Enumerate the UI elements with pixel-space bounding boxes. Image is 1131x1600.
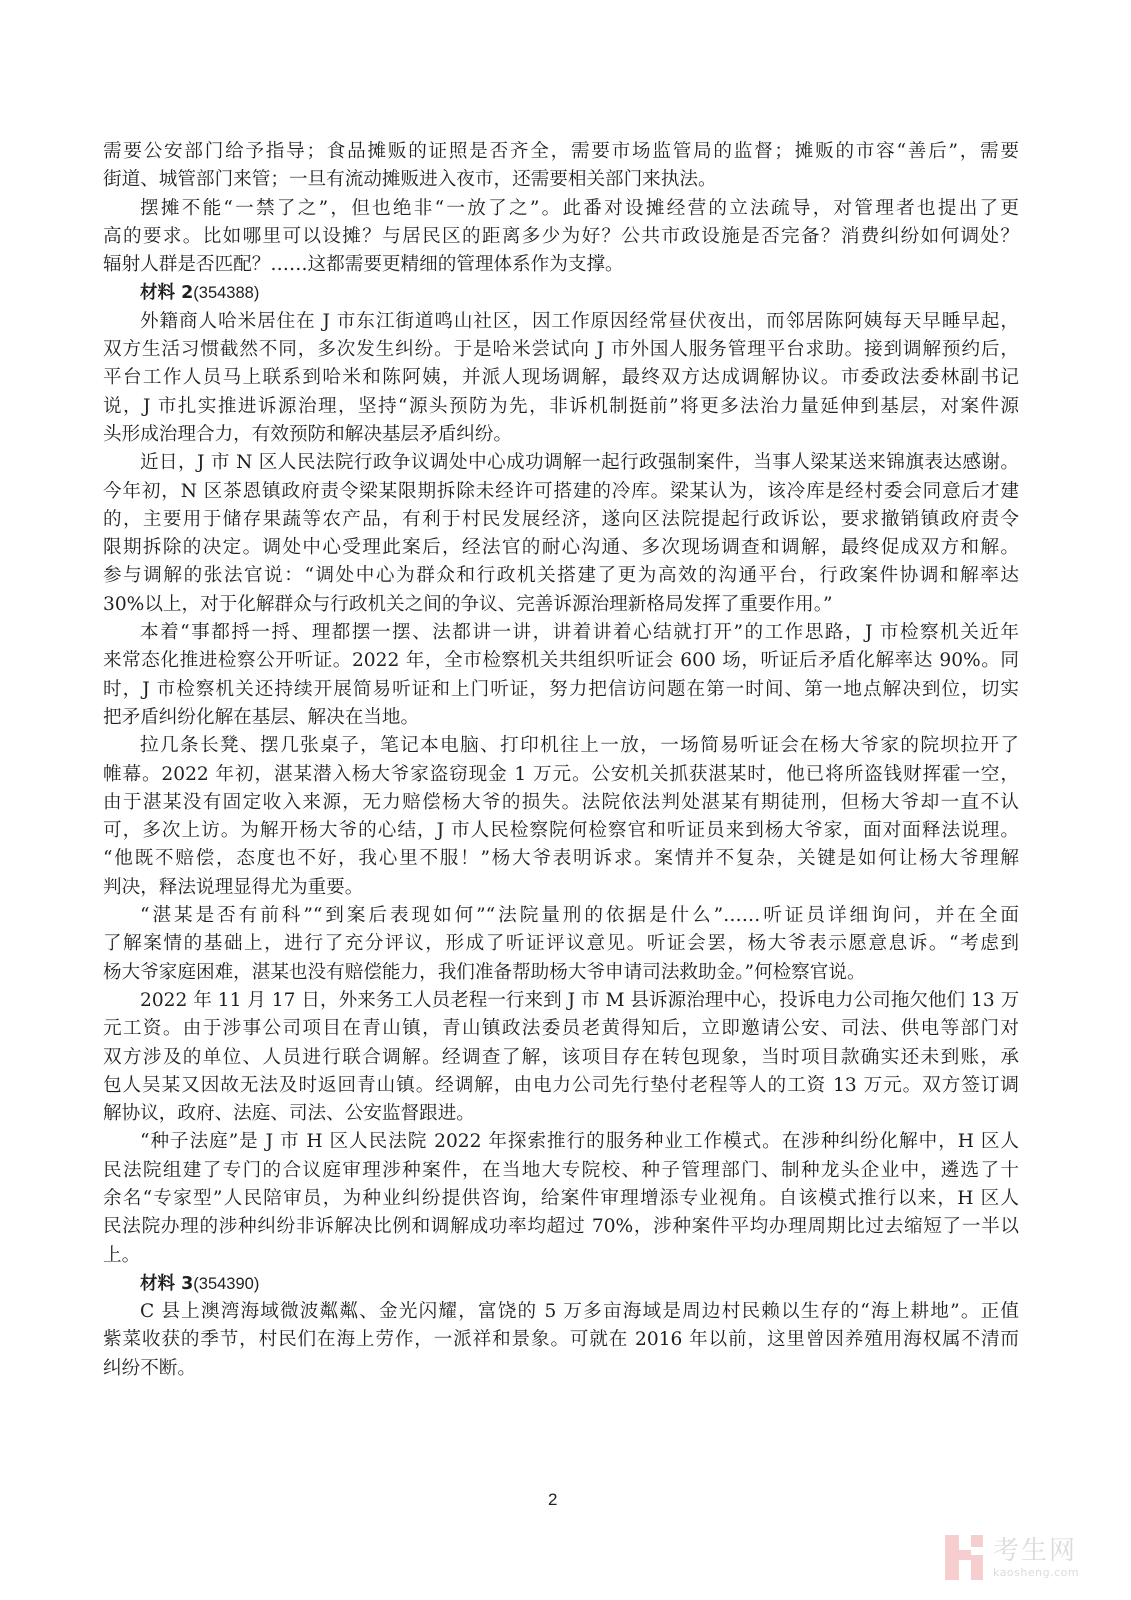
- paragraph-line: C 县上澳湾海域微波粼粼、金光闪耀，富饶的 5 万多亩海域是周边村民赖以生存的“…: [103, 1298, 1019, 1326]
- material-heading-label: 材料 2: [140, 283, 193, 303]
- document-body: 需要公安部门给予指导；食品摊贩的证照是否齐全，需要市场监管局的监督；摊贩的市容“…: [103, 138, 1019, 1383]
- paragraph: 摆摊不能“一禁了之”，但也绝非“一放了之”。此番对设摊经营的立法疏导，对管理者也…: [103, 195, 1019, 280]
- paragraph-line: 2022 年 11 月 17 日，外来务工人员老程一行来到 J 市 M 县诉源治…: [103, 987, 1019, 1015]
- paragraph-line: 近日，J 市 N 区人民法院行政争议调处中心成功调解一起行政强制案件，当事人梁某…: [103, 449, 1019, 477]
- paragraph-line: 双方涉及的单位、人员进行联合调解。经调查了解，该项目存在转包现象，当时项目款确实…: [103, 1044, 1019, 1072]
- watermark-text: 考生网 kaosheng.com: [993, 1536, 1079, 1580]
- paragraph-line: 30%以上，对于化解群众与行政机关之间的争议、完善诉源治理新格局发挥了重要作用。…: [103, 591, 1019, 619]
- paragraph-line: 包人吴某又因故无法及时返回青山镇。经调解，由电力公司先行垫付老程等人的工资 13…: [103, 1072, 1019, 1100]
- watermark-brand-cn: 考生网: [993, 1536, 1079, 1566]
- document-page: 需要公安部门给予指导；食品摊贩的证照是否齐全，需要市场监管局的监督；摊贩的市容“…: [0, 0, 1131, 1600]
- paragraph-line: 余名“专家型”人民陪审员，为种业纠纷提供咨询，给案件审理增添专业视角。自该模式推…: [103, 1185, 1019, 1213]
- watermark: 考生网 kaosheng.com: [945, 1530, 1115, 1585]
- paragraph-line: 时，J 市检察机关还持续开展简易听证和上门听证，努力把信访问题在第一时间、第一地…: [103, 676, 1019, 704]
- paragraph-line: 由于湛某没有固定收入来源，无力赔偿杨大爷的损失。法院依法判处湛某有期徒刑，但杨大…: [103, 789, 1019, 817]
- paragraph: “湛某是否有前科”“到案后表现如何”“法院量刑的依据是什么”……听证员详细询问，…: [103, 902, 1019, 987]
- material-heading: 材料 2(354388): [103, 279, 1019, 307]
- paragraph-line: 紫菜收获的季节，村民们在海上劳作，一派祥和景象。可就在 2016 年以前，这里曾…: [103, 1326, 1019, 1354]
- paragraph: 需要公安部门给予指导；食品摊贩的证照是否齐全，需要市场监管局的监督；摊贩的市容“…: [103, 138, 1019, 195]
- paragraph-line: 民法院办理的涉种纠纷非诉解决比例和调解成功率均超过 70%，涉种案件平均办理周期…: [103, 1213, 1019, 1241]
- page-number: 2: [548, 1490, 557, 1510]
- paragraph-line: 头形成治理合力，有效预防和解决基层矛盾纠纷。: [103, 421, 1019, 449]
- paragraph-line: 判决，释法说理显得尤为重要。: [103, 874, 1019, 902]
- paragraph-line: 把矛盾纠纷化解在基层、解决在当地。: [103, 704, 1019, 732]
- paragraph-line: 参与调解的张法官说：“调处中心为群众和行政机关搭建了更为高效的沟通平台，行政案件…: [103, 562, 1019, 590]
- paragraph: “种子法庭”是 J 市 H 区人民法院 2022 年探索推行的服务种业工作模式。…: [103, 1128, 1019, 1269]
- paragraph: 近日，J 市 N 区人民法院行政争议调处中心成功调解一起行政强制案件，当事人梁某…: [103, 449, 1019, 619]
- material-heading: 材料 3(354390): [103, 1270, 1019, 1298]
- paragraph-line: 高的要求。比如哪里可以设摊？与居民区的距离多少为好？公共市政设施是否完备？消费纠…: [103, 223, 1019, 251]
- watermark-brand-en: kaosheng.com: [993, 1566, 1079, 1580]
- paragraph-line: 限期拆除的决定。调处中心受理此案后，经法官的耐心沟通、多次现场调查和调解，最终促…: [103, 534, 1019, 562]
- paragraph-line: 帷幕。2022 年初，湛某潜入杨大爷家盗窃现金 1 万元。公安机关抓获湛某时，他…: [103, 761, 1019, 789]
- kaosheng-logo-icon: [945, 1535, 985, 1580]
- material-heading-code: (354388): [193, 284, 259, 302]
- paragraph: 2022 年 11 月 17 日，外来务工人员老程一行来到 J 市 M 县诉源治…: [103, 987, 1019, 1128]
- paragraph-line: 街道、城管部门来管；一旦有流动摊贩进入夜市，还需要相关部门来执法。: [103, 166, 1019, 194]
- paragraph-line: 平台工作人员马上联系到哈米和陈阿姨，并派人现场调解，最终双方达成调解协议。市委政…: [103, 364, 1019, 392]
- paragraph: C 县上澳湾海域微波粼粼、金光闪耀，富饶的 5 万多亩海域是周边村民赖以生存的“…: [103, 1298, 1019, 1383]
- paragraph-line: 纠纷不断。: [103, 1355, 1019, 1383]
- paragraph-line: “种子法庭”是 J 市 H 区人民法院 2022 年探索推行的服务种业工作模式。…: [103, 1128, 1019, 1156]
- paragraph-line: 杨大爷家庭困难，湛某也没有赔偿能力，我们准备帮助杨大爷申请司法救助金。”何检察官…: [103, 959, 1019, 987]
- paragraph-line: 了解案情的基础上，进行了充分评议，形成了听证评议意见。听证会罢，杨大爷表示愿意息…: [103, 930, 1019, 958]
- paragraph: 外籍商人哈米居住在 J 市东江街道鸣山社区，因工作原因经常昼伏夜出，而邻居陈阿姨…: [103, 308, 1019, 449]
- paragraph-line: 需要公安部门给予指导；食品摊贩的证照是否齐全，需要市场监管局的监督；摊贩的市容“…: [103, 138, 1019, 166]
- material-heading-code: (354390): [193, 1275, 259, 1293]
- paragraph-line: 辐射人群是否匹配？……这都需要更精细的管理体系作为支撑。: [103, 251, 1019, 279]
- paragraph-line: 元工资。由于涉事公司项目在青山镇，青山镇政法委员老黄得知后，立即邀请公安、司法、…: [103, 1015, 1019, 1043]
- paragraph-line: 民法院组建了专门的合议庭审理涉种案件，在当地大专院校、种子管理部门、制种龙头企业…: [103, 1157, 1019, 1185]
- paragraph-line: 拉几条长凳、摆几张桌子，笔记本电脑、打印机往上一放，一场简易听证会在杨大爷家的院…: [103, 732, 1019, 760]
- paragraph-line: 摆摊不能“一禁了之”，但也绝非“一放了之”。此番对设摊经营的立法疏导，对管理者也…: [103, 195, 1019, 223]
- paragraph-line: 双方生活习惯截然不同，多次发生纠纷。于是哈米尝试向 J 市外国人服务管理平台求助…: [103, 336, 1019, 364]
- paragraph-line: 本着“事都捋一捋、理都摆一摆、法都讲一讲，讲着讲着心结就打开”的工作思路，J 市…: [103, 619, 1019, 647]
- paragraph: 本着“事都捋一捋、理都摆一摆、法都讲一讲，讲着讲着心结就打开”的工作思路，J 市…: [103, 619, 1019, 732]
- paragraph-line: “湛某是否有前科”“到案后表现如何”“法院量刑的依据是什么”……听证员详细询问，…: [103, 902, 1019, 930]
- paragraph: 拉几条长凳、摆几张桌子，笔记本电脑、打印机往上一放，一场简易听证会在杨大爷家的院…: [103, 732, 1019, 902]
- material-heading-label: 材料 3: [140, 1274, 193, 1294]
- paragraph-line: 说，J 市扎实推进诉源治理，坚持“源头预防为先，非诉机制挺前”将更多法治力量延伸…: [103, 393, 1019, 421]
- paragraph-line: 的，主要用于储存果蔬等农产品，有利于村民发展经济，遂向区法院提起行政诉讼，要求撤…: [103, 506, 1019, 534]
- paragraph-line: 可，多次上访。为解开杨大爷的心结，J 市人民检察院何检察官和听证员来到杨大爷家，…: [103, 817, 1019, 845]
- paragraph-line: 来常态化推进检察公开听证。2022 年，全市检察机关共组织听证会 600 场，听…: [103, 647, 1019, 675]
- paragraph-line: “他既不赔偿，态度也不好，我心里不服！”杨大爷表明诉求。案情并不复杂，关键是如何…: [103, 845, 1019, 873]
- paragraph-line: 外籍商人哈米居住在 J 市东江街道鸣山社区，因工作原因经常昼伏夜出，而邻居陈阿姨…: [103, 308, 1019, 336]
- paragraph-line: 解协议，政府、法庭、司法、公安监督跟进。: [103, 1100, 1019, 1128]
- paragraph-line: 上。: [103, 1242, 1019, 1270]
- paragraph-line: 今年初，N 区茶恩镇政府责令梁某限期拆除未经许可搭建的冷库。梁某认为，该冷库是经…: [103, 478, 1019, 506]
